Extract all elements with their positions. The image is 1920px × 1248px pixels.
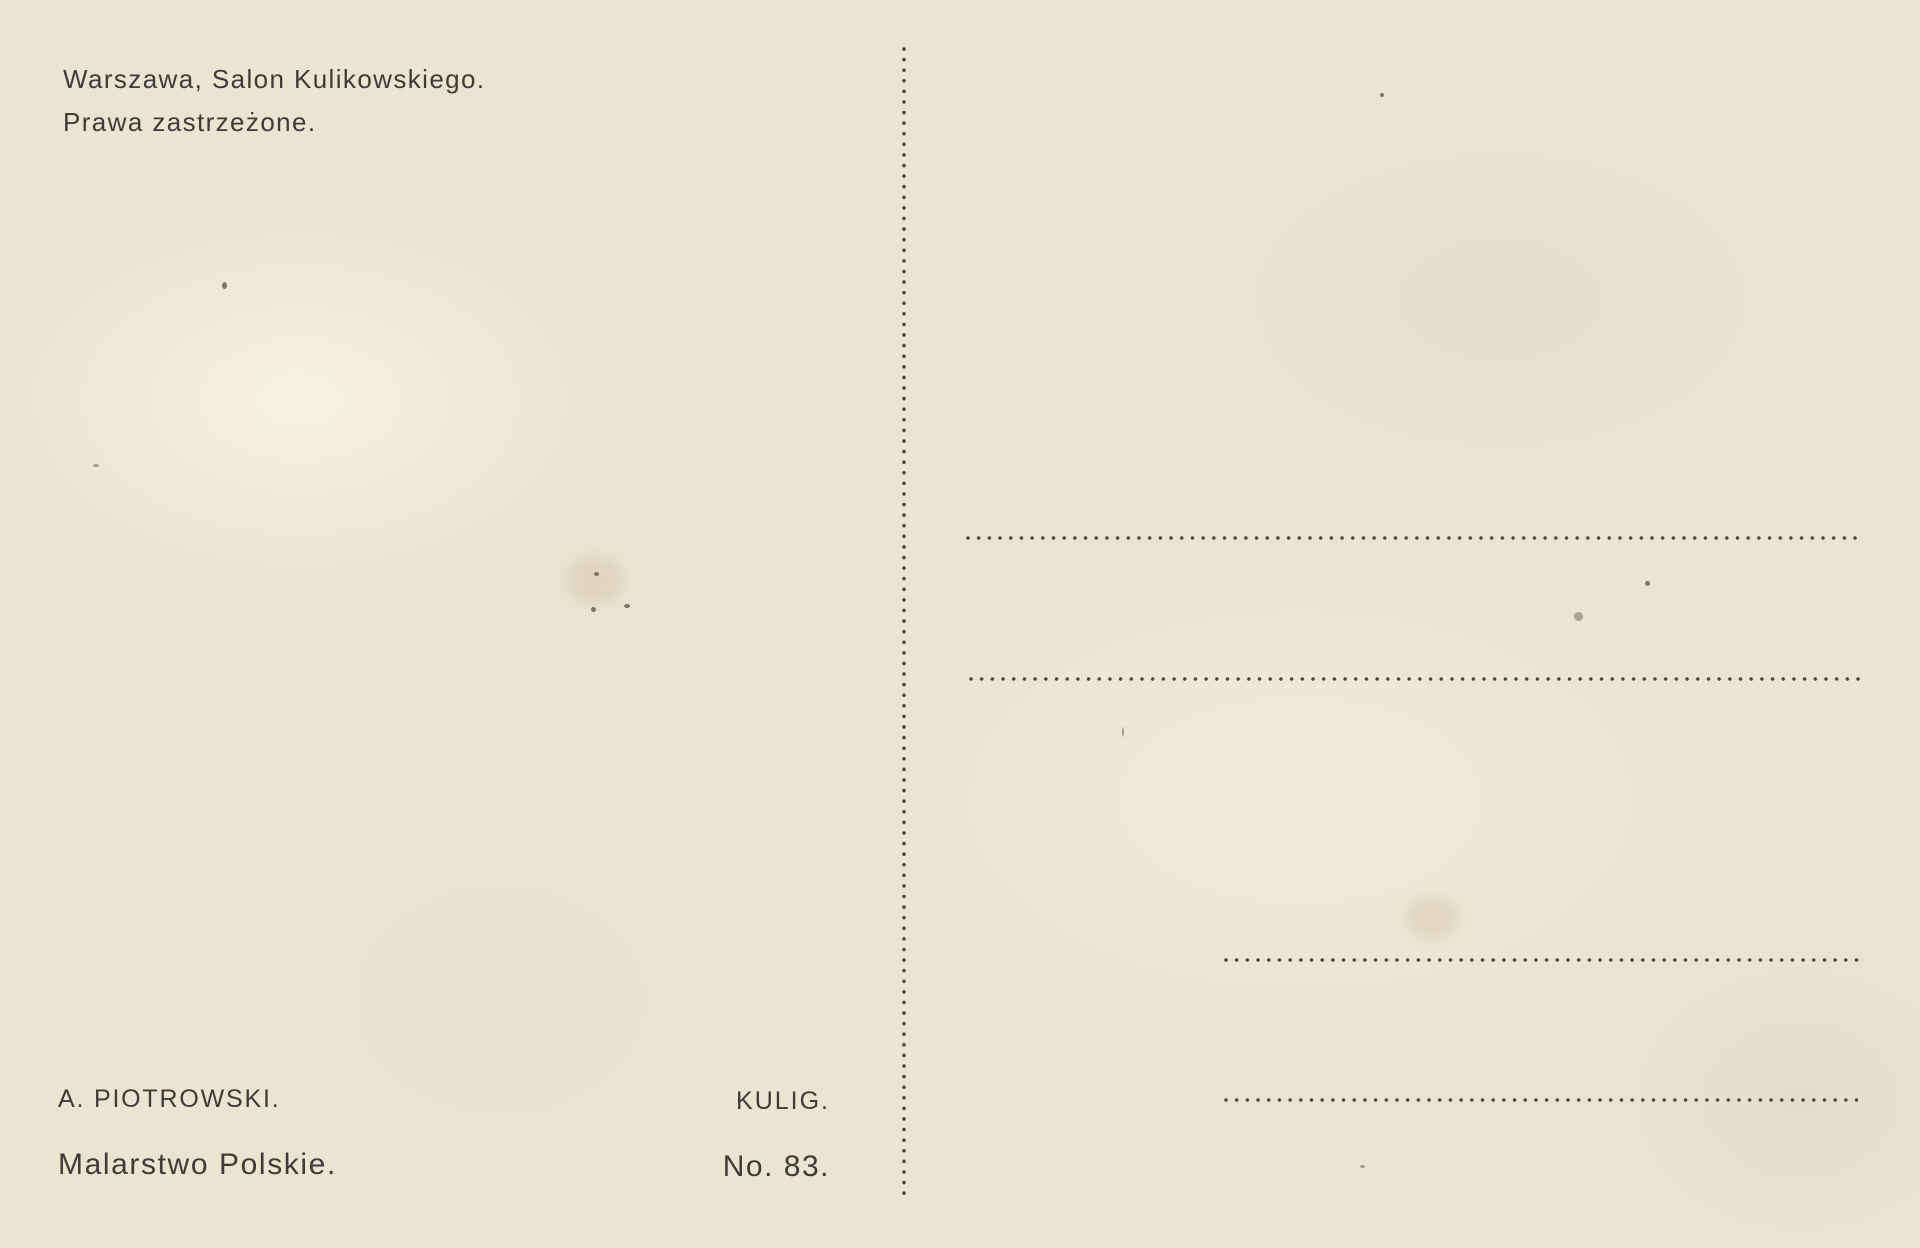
artist-name: A. PIOTROWSKI.: [58, 1085, 280, 1114]
paper-speck: [1380, 93, 1384, 97]
address-line-3: [1224, 958, 1862, 962]
paper-stain: [565, 555, 625, 605]
vertical-dotted-divider: [902, 47, 906, 1199]
paper-speck: [1645, 581, 1650, 586]
publisher-line: Warszawa, Salon Kulikowskiego.: [63, 64, 486, 95]
address-line-1: [966, 536, 1858, 540]
card-number: No. 83.: [723, 1150, 830, 1184]
paper-speck: [591, 607, 596, 612]
paper-speck: [93, 464, 99, 467]
artwork-title: KULIG.: [736, 1087, 830, 1116]
series-name: Malarstwo Polskie.: [58, 1148, 337, 1182]
paper-speck: [1122, 727, 1124, 737]
address-line-4: [1224, 1098, 1858, 1102]
paper-stain: [1405, 895, 1460, 940]
paper-speck: [222, 282, 227, 289]
paper-speck: [624, 604, 630, 608]
address-line-2: [969, 677, 1862, 681]
rights-reserved-line: Prawa zastrzeżone.: [63, 107, 317, 138]
paper-speck: [1360, 1165, 1365, 1168]
postcard-back: Warszawa, Salon Kulikowskiego. Prawa zas…: [0, 0, 1920, 1248]
paper-speck: [594, 572, 599, 576]
paper-speck: [1574, 612, 1583, 621]
